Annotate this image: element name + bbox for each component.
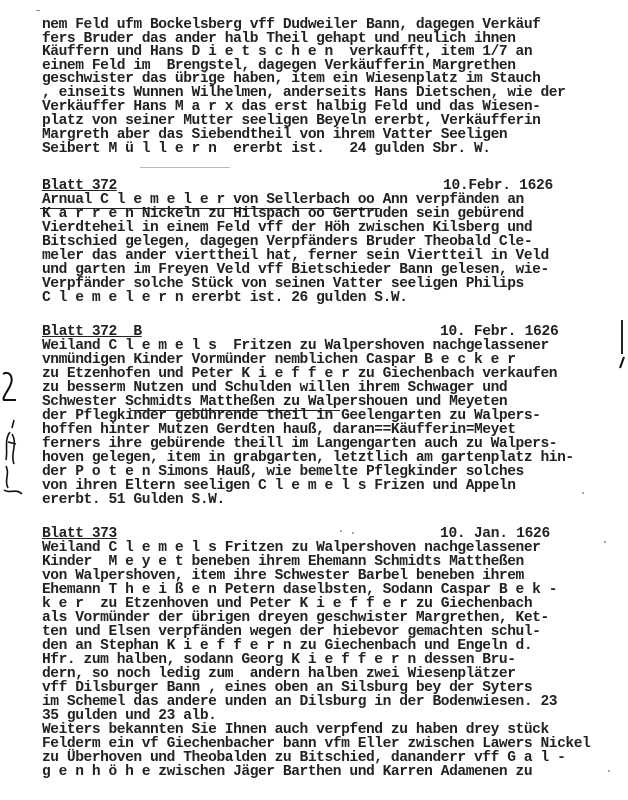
scan-speck (340, 530, 342, 532)
text-line: , einseits Wunnen Wilhelmen, anderseits … (42, 86, 565, 100)
text-line: von Walpershoven, item ihre Schwester Ba… (42, 569, 524, 583)
section-date: 10. Febr. 1626 (440, 325, 558, 339)
text-line: Verkäuffer Hans M a r x das erst halbig … (42, 100, 540, 114)
margin-vertical-mark (621, 320, 623, 354)
text-line: geschwister das übrige haben, item ein W… (42, 72, 540, 86)
text-line: Bitschied gelegen, dagegen Verpfänders B… (42, 235, 532, 249)
text-line: ferners ihre gebürende theill im Langeng… (42, 437, 557, 451)
text-line: zu Überhoven und Theobalden zu Bitschied… (42, 751, 565, 765)
margin-tick-mark (618, 356, 626, 370)
text-line: Vierdteheil in einem Feld vff der Höh zw… (42, 221, 532, 235)
text-line: und garten im Freyen Veld vff Bietschied… (42, 263, 549, 277)
text-line: hoffen hinter Mutzen Gerdten hauß, daran… (42, 423, 516, 437)
section-header: Blatt 372 (42, 179, 117, 193)
text-line: C l e m e l e r n ererbt ist. 26 gulden … (42, 291, 408, 305)
text-line: Seibert M ü l l e r n ererbt ist. 24 gul… (42, 142, 491, 156)
scan-speck (140, 167, 230, 168)
text-line: dern, so noch ledig zum andern halben zw… (42, 667, 516, 681)
text-line: ererbt. 51 Gulden S.W. (42, 493, 225, 507)
text-line: zu Etzenhofen und Peter K i e f f e r zu… (42, 367, 557, 381)
text-line: zu besserm Nutzen und Schulden willen ih… (42, 381, 507, 395)
text-line: Schwester Schmidts Mattheßen zu Walpersh… (42, 395, 507, 409)
section-header: Blatt 373 (42, 527, 117, 541)
text-line: Weiters bekannten Sie Ihnen auch verpfen… (42, 723, 549, 737)
text-line: Käuffern und Hans D i e t s c h e n verk… (42, 45, 532, 59)
scan-speck (352, 532, 354, 534)
text-line: g e n h ö h e zwischen Jäger Barthen und… (42, 765, 532, 779)
text-line: im Schemel das andere unden an Dilsburg … (42, 695, 557, 709)
handwritten-margin-mark (0, 370, 40, 500)
scan-speck (604, 541, 606, 543)
text-line: Ehemann T h e i ß e n Petern daselbsten,… (42, 583, 557, 597)
scan-speck (582, 492, 584, 494)
text-line: k e r zu Etzenhoven und Peter K i e f f … (42, 597, 532, 611)
text-line: der Pflegkinder gebührende theil in Geel… (42, 409, 540, 423)
section-header: Blatt 372 B (42, 325, 142, 339)
text-line: Hfr. zum halben, sodann Georg K i e f f … (42, 653, 516, 667)
text-line: platz von seiner Mutter seeligen Beyeln … (42, 114, 540, 128)
text-line: Weiland C l e m e l s Fritzen zu Walpers… (42, 541, 540, 555)
text-line: hoven gelegen, item in grabgarten, letzt… (42, 451, 574, 465)
text-line: Margreth aber das Siebendtheil von ihrem… (42, 128, 507, 142)
text-line: Verpfänder solche Stück von seinen Vatte… (42, 277, 524, 291)
text-line: 35 gulden und 23 alb. (42, 709, 216, 723)
section-date: 10.Febr. 1626 (443, 179, 553, 193)
text-line: von ihren Eltern seeligen C l e m e l s … (42, 479, 516, 493)
text-line: meler das ander vierttheil hat, ferner s… (42, 249, 549, 263)
section-date: 10. Jan. 1626 (440, 527, 550, 541)
text-line: Arnual C l e m e l e r von Sellerbach oo… (42, 193, 524, 207)
text-line: vff Dilsburger Bann , eines oben an Sils… (42, 681, 532, 695)
text-line: als Vormünder der übrigen dreyen geschwi… (42, 611, 549, 625)
text-line: vnmündigen Kinder Vormünder nemblichen C… (42, 353, 516, 367)
scan-speck (36, 10, 40, 11)
text-line: K a r r e n Nickeln zu Hilspach oo Gertr… (42, 207, 524, 221)
typewritten-document-page: nem Feld ufm Bockelsberg vff Dudweiler B… (0, 0, 628, 800)
text-line: den an Stephan K i e f f e r n zu Gieche… (42, 639, 532, 653)
text-line: Kinder M e y e t beneben ihrem Ehemann S… (42, 555, 524, 569)
text-line: der P o t e n Simons Hauß, wie bemelte P… (42, 465, 524, 479)
text-line: nem Feld ufm Bockelsberg vff Dudweiler B… (42, 18, 540, 32)
text-line: ten und Elsen verpfänden wegen der hiebe… (42, 625, 540, 639)
text-line: Felderm ein vf Giechenbacher bann vfm El… (42, 737, 590, 751)
scan-speck (608, 770, 610, 772)
text-line: Weiland C l e m e l s Fritzen zu Walpers… (42, 339, 549, 353)
